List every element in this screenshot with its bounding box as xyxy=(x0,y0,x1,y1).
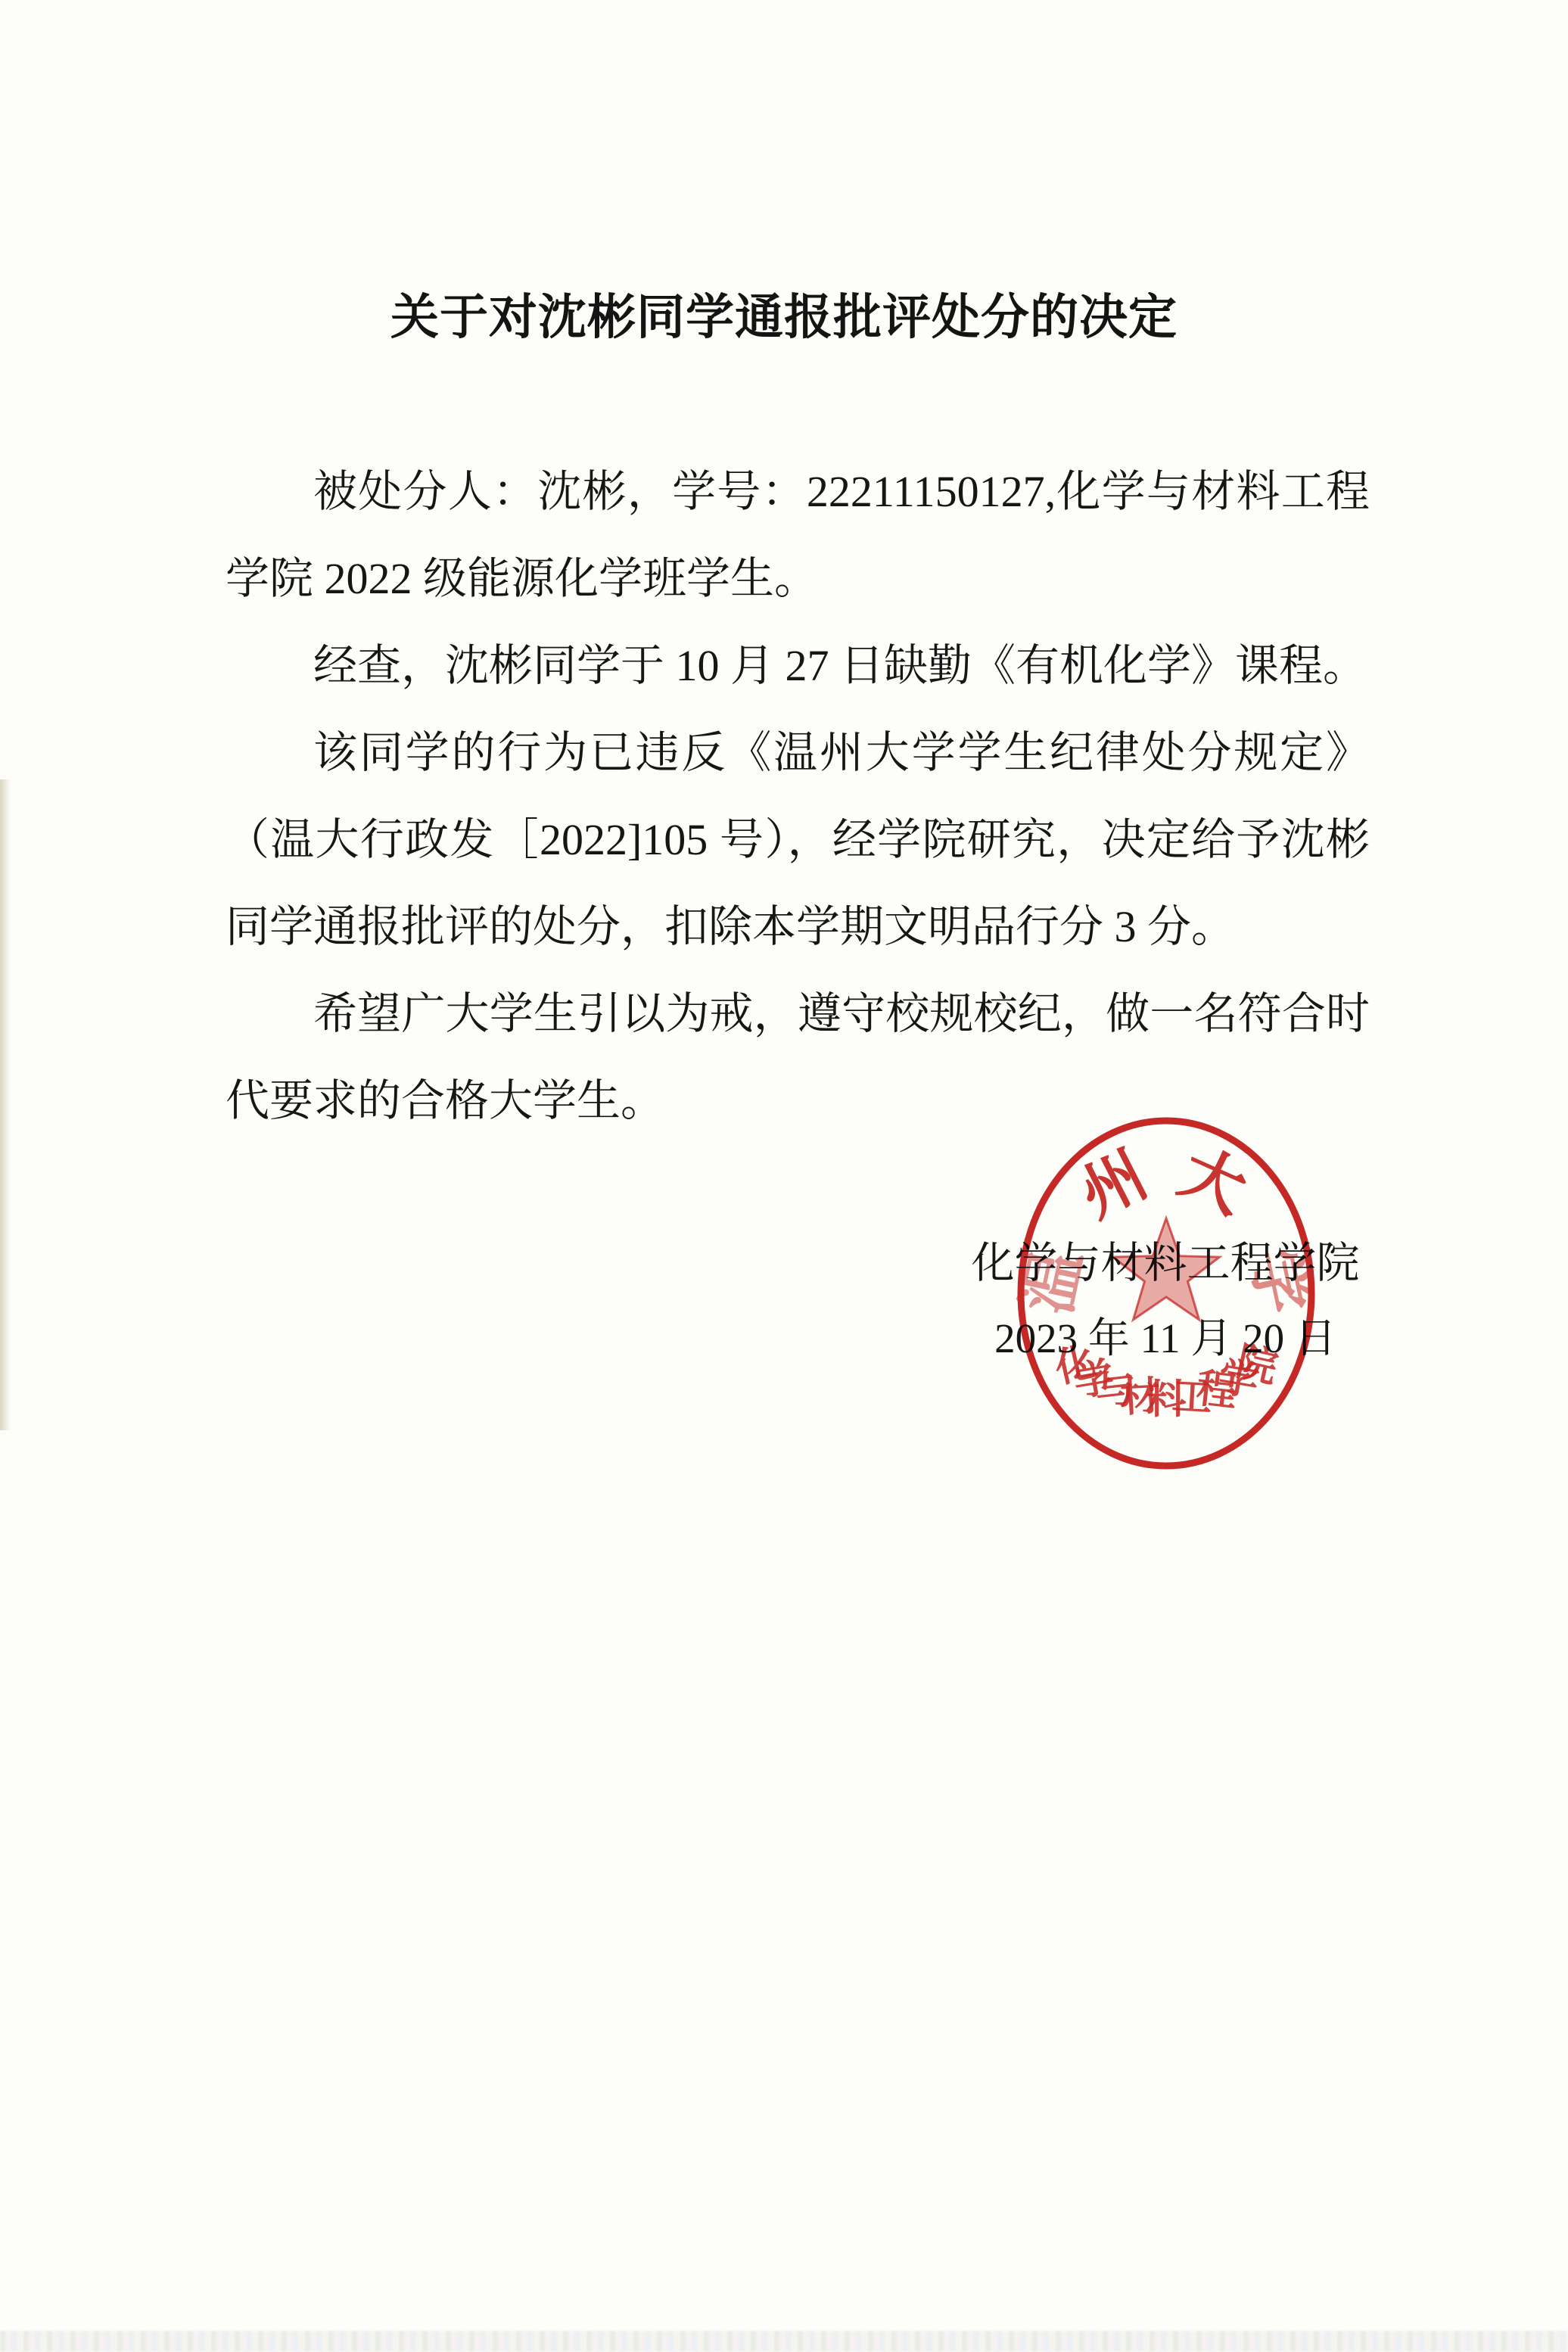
signature-block: 化学与材料工程学院 2023 年 11 月 20 日 xyxy=(870,1237,1461,1365)
seal-char: 州 xyxy=(1069,1140,1158,1231)
seal-char: 程 xyxy=(1194,1366,1239,1415)
seal-char: 工 xyxy=(1171,1375,1213,1421)
document-body: 被处分人：沈彬，学号：22211150127,化学与材料工程学院 2022 级能… xyxy=(226,448,1370,1144)
paragraph-facts: 经查，沈彬同学于 10 月 27 日缺勤《有机化学》课程。 xyxy=(226,622,1370,709)
seal-char: 与 xyxy=(1094,1366,1138,1415)
document-page: 关于对沈彬同学通报批评处分的决定 被处分人：沈彬，学号：22211150127,… xyxy=(0,0,1568,2352)
paragraph-recipient: 被处分人：沈彬，学号：22211150127,化学与材料工程学院 2022 级能… xyxy=(226,448,1370,622)
document-title: 关于对沈彬同学通报批评处分的决定 xyxy=(0,278,1568,348)
paragraph-decision: 该同学的行为已违反《温州大学学生纪律处分规定》（温大行政发［2022]105 号… xyxy=(226,709,1370,970)
scan-noise-artifact-bottom xyxy=(0,2331,1568,2352)
seal-char: 料 xyxy=(1146,1378,1187,1422)
seal-char: 大 xyxy=(1170,1137,1257,1227)
signature-date: 2023 年 11 月 20 日 xyxy=(870,1312,1461,1365)
seal-char: 材 xyxy=(1119,1374,1162,1421)
signature-organization: 化学与材料工程学院 xyxy=(870,1237,1461,1291)
scan-edge-artifact-left xyxy=(0,779,11,1430)
paragraph-exhortation: 希望广大学生引以为戒，遵守校规校纪，做一名符合时代要求的合格大学生。 xyxy=(226,970,1370,1144)
